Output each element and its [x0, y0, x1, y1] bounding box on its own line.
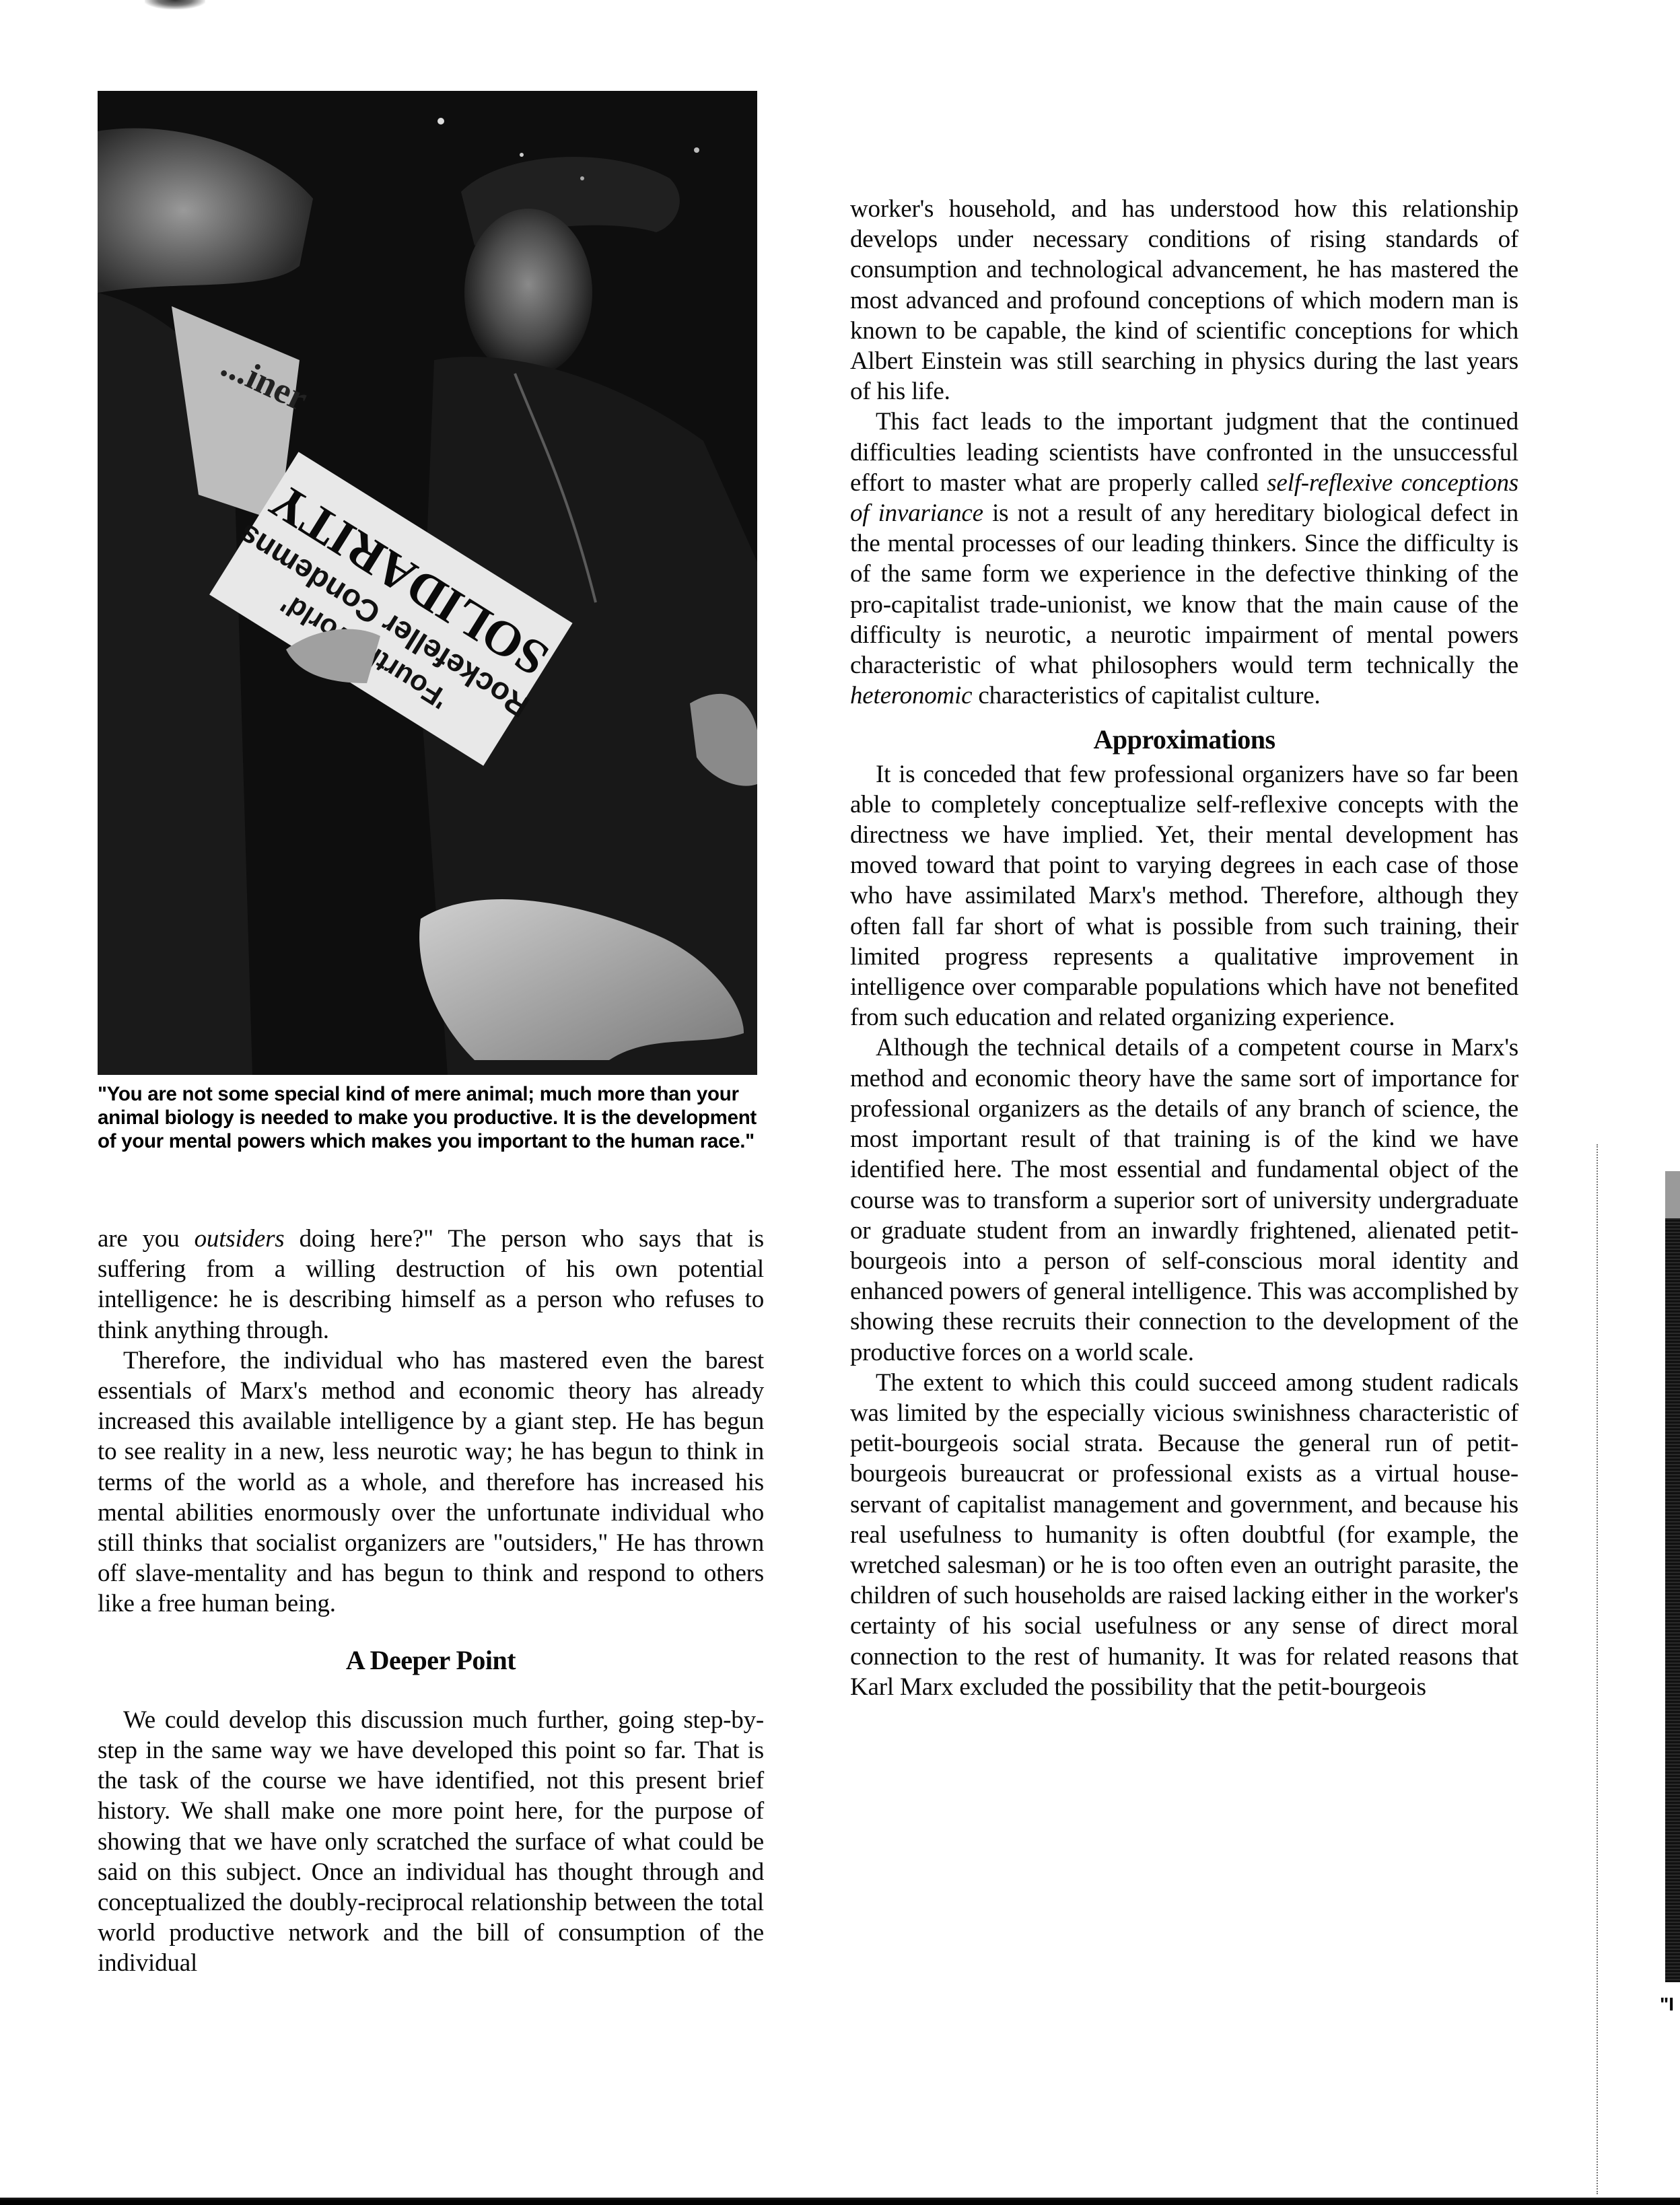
adjacent-page-text-fragment: "I pr	[1660, 1992, 1680, 2017]
emphasis: outsiders	[195, 1225, 285, 1253]
section-heading: A Deeper Point	[98, 1645, 764, 1675]
paragraph: The extent to which this could succeed a…	[850, 1368, 1518, 1702]
paragraph: Therefore, the individual who has master…	[98, 1345, 764, 1619]
page-bottom-edge	[0, 2198, 1680, 2205]
adjacent-page-photo-edge	[1665, 1171, 1680, 1982]
page-fold-line	[1597, 1144, 1599, 2194]
print-smudge	[145, 0, 205, 9]
left-column: are you outsiders doing here?" The perso…	[98, 1224, 764, 1979]
paragraph: worker's household, and has understood h…	[850, 194, 1518, 407]
paragraph: It is conceded that few professional org…	[850, 759, 1518, 1033]
paragraph: are you outsiders doing here?" The perso…	[98, 1224, 764, 1345]
paragraph: This fact leads to the important judgmen…	[850, 407, 1518, 711]
photo-illustration: ...iner SOLIDARITY Rockefeller Condemns …	[98, 91, 757, 1075]
photo-caption: "You are not some special kind of mere a…	[98, 1082, 764, 1153]
paragraph: We could develop this discussion much fu…	[98, 1705, 764, 1979]
photograph: ...iner SOLIDARITY Rockefeller Condemns …	[98, 91, 757, 1075]
section-heading: Approximations	[850, 724, 1518, 755]
emphasis: heteronomic	[850, 682, 972, 709]
paragraph: Although the technical details of a comp…	[850, 1032, 1518, 1367]
magazine-page: ...iner SOLIDARITY Rockefeller Condemns …	[0, 0, 1680, 2205]
right-column: worker's household, and has understood h…	[850, 194, 1518, 1702]
